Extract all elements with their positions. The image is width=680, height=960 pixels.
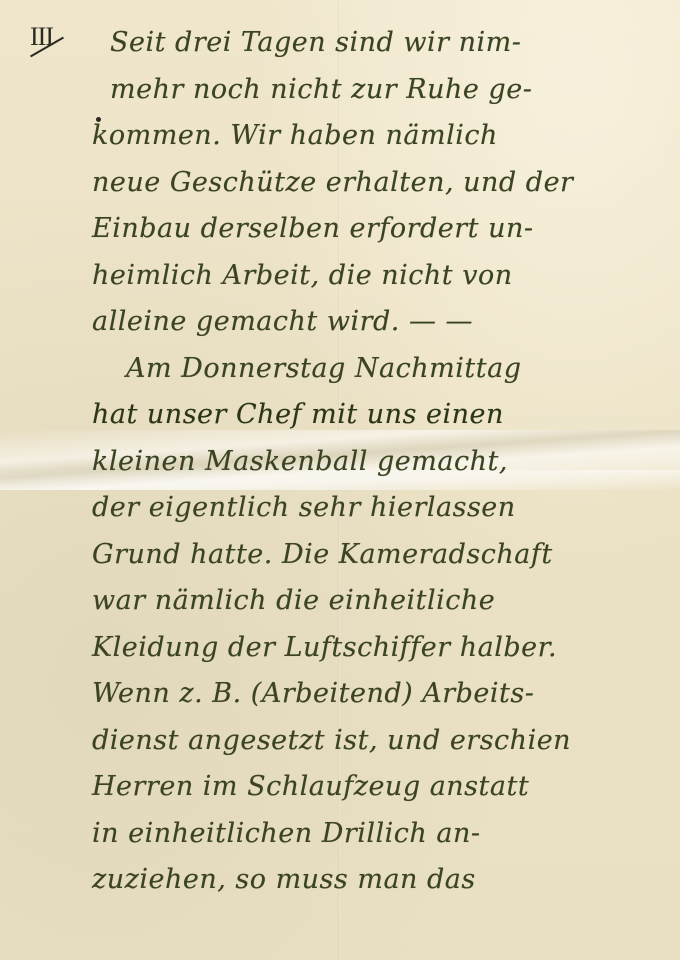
- text-line: hat unser Chef mit uns einen: [92, 392, 672, 439]
- letter-body: Seit drei Tagen sind wir nim- mehr noch …: [92, 20, 672, 904]
- text-line: war nämlich die einheitliche: [92, 578, 672, 625]
- text-line: heimlich Arbeit, die nicht von: [92, 253, 672, 300]
- text-line: Herren im Schlaufzeug anstatt: [92, 764, 672, 811]
- text-line: Einbau derselben erfordert un-: [92, 206, 672, 253]
- text-line: Wenn z. B. (Arbeitend) Arbeits-: [92, 671, 672, 718]
- letter-page: III Seit drei Tagen sind wir nim- mehr n…: [0, 0, 680, 960]
- text-line: kleinen Maskenball gemacht,: [92, 439, 672, 486]
- text-line: Am Donnerstag Nachmittag: [92, 346, 672, 393]
- text-line: alleine gemacht wird. — —: [92, 299, 672, 346]
- text-line: in einheitlichen Drillich an-: [92, 811, 672, 858]
- text-line: dienst angesetzt ist, und erschien: [92, 718, 672, 765]
- text-line: mehr noch nicht zur Ruhe ge-: [92, 67, 672, 114]
- text-line: neue Geschütze erhalten, und der: [92, 160, 672, 207]
- text-line: kommen. Wir haben nämlich: [92, 113, 672, 160]
- text-line: zuziehen, so muss man das: [92, 857, 672, 904]
- text-line: Seit drei Tagen sind wir nim-: [92, 20, 672, 67]
- text-line: der eigentlich sehr hierlassen: [92, 485, 672, 532]
- text-line: Grund hatte. Die Kameradschaft: [92, 532, 672, 579]
- text-line: Kleidung der Luftschiffer halber.: [92, 625, 672, 672]
